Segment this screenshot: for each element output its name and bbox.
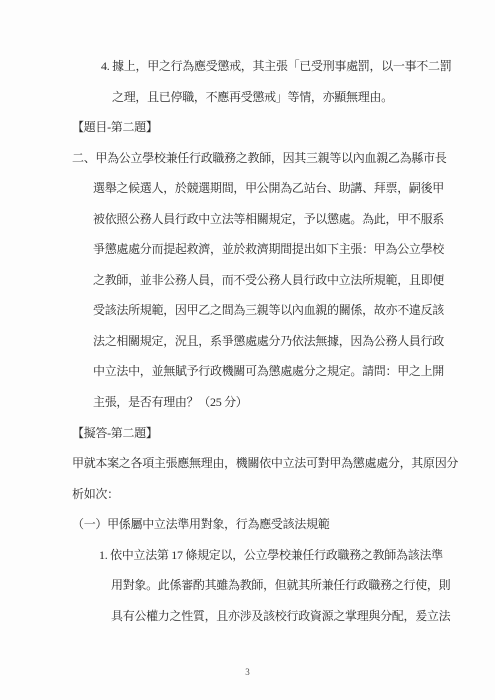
text-line: 選舉之候選人，於競選期間，甲公開為乙站台、助講、拜票，嗣後甲	[0, 173, 495, 204]
text-line: 具有公權力之性質，且亦涉及該校行政資源之掌理與分配，爰立法	[0, 601, 495, 632]
text-line: 4. 據上，甲之行為應受懲戒，其主張「已受刑事處罰，以一事不二罰	[0, 51, 495, 82]
text-line: 析如次：	[0, 479, 495, 510]
text-line: 二、甲為公立學校兼任行政職務之教師，因其三親等以內血親乙為縣市長	[0, 143, 495, 174]
text-line: 【題目-第二題】	[0, 112, 495, 143]
text-line: 之教師，並非公務人員，而不受公務人員行政中立法所規範，且即便	[0, 265, 495, 296]
text-line: 爭懲處處分而提起救濟，並於救濟期間提出如下主張：甲為公立學校	[0, 234, 495, 265]
doc-lines: 4. 據上，甲之行為應受懲戒，其主張「已受刑事處罰，以一事不二罰之理，且已停職，…	[0, 51, 495, 631]
text-line: 用對象。此係審酌其雖為教師，但就其所兼任行政職務之行使，則	[0, 570, 495, 601]
text-line: 【擬答-第二題】	[0, 418, 495, 449]
text-line: 甲就本案之各項主張應無理由，機關依中立法可對甲為懲處處分，其原因分	[0, 448, 495, 479]
text-line: 中立法中，並無賦予行政機關可為懲處處分之規定。請問：甲之上開	[0, 356, 495, 387]
text-line: 主張，是否有理由？（25 分）	[0, 387, 495, 418]
text-line: 受該法所規範，因甲乙之間為三親等以內血親的關係，故亦不違反該	[0, 295, 495, 326]
text-line: 1. 依中立法第 17 條規定以，公立學校兼任行政職務之教師為該法準	[0, 540, 495, 571]
page-number: 3	[0, 667, 495, 677]
text-line: 之理，且已停職，不應再受懲戒」等情，亦顯無理由。	[0, 82, 495, 113]
text-line: 被依照公務人員行政中立法等相關規定，予以懲處。為此，甲不服系	[0, 204, 495, 235]
document-page: 4. 據上，甲之行為應受懲戒，其主張「已受刑事處罰，以一事不二罰之理，且已停職，…	[0, 0, 495, 700]
text-line: 法之相關規定，況且，系爭懲處處分乃依法無據，因為公務人員行政	[0, 326, 495, 357]
text-line: （一）甲係屬中立法準用對象，行為應受該法規範	[0, 509, 495, 540]
